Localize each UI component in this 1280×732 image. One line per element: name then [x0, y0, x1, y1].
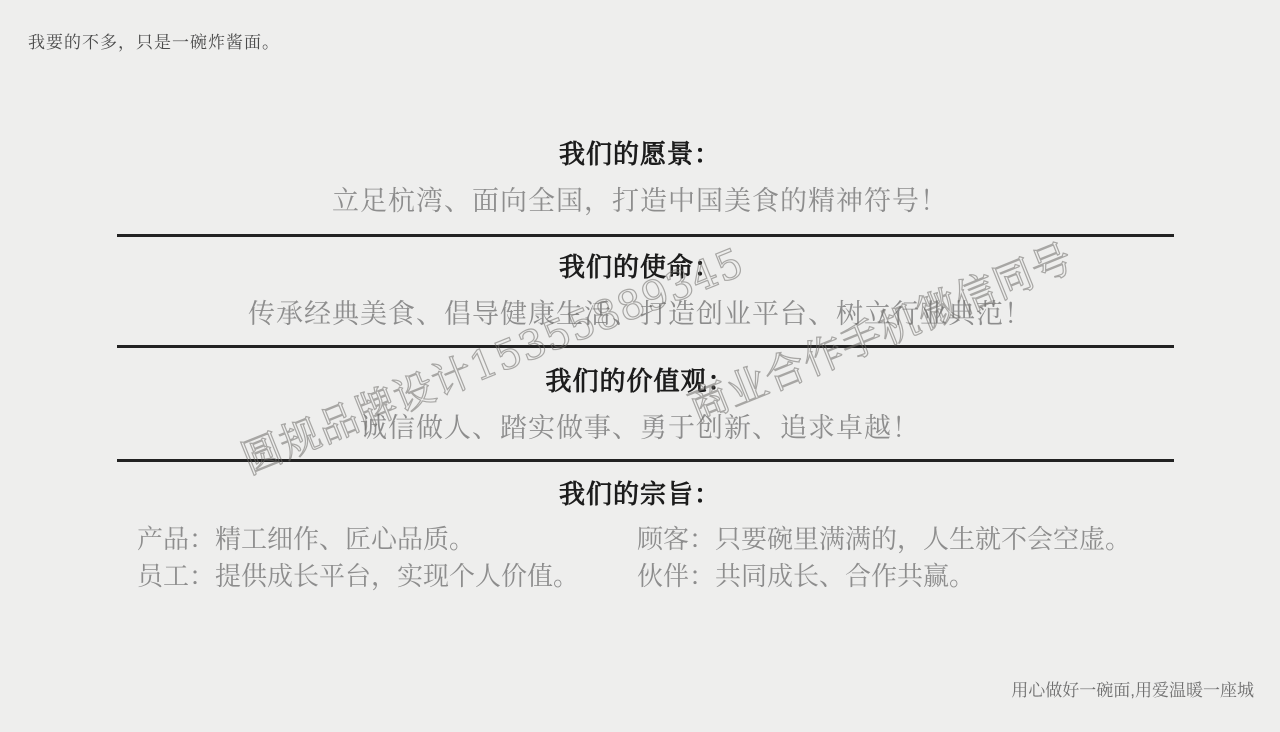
divider-3 [117, 459, 1174, 462]
purpose-item-customer: 顾客：只要碗里满满的，人生就不会空虚。 [637, 522, 1131, 556]
values-body: 诚信做人、踏实做事、勇于创新、追求卓越！ [0, 410, 1280, 446]
purpose-item-employee: 员工：提供成长平台，实现个人价值。 [137, 559, 579, 593]
values-title: 我们的价值观： [0, 364, 1280, 398]
divider-1 [117, 234, 1174, 237]
mission-title: 我们的使命： [0, 250, 1280, 284]
purpose-item-partner: 伙伴：共同成长、合作共赢。 [637, 559, 975, 593]
mission-body: 传承经典美食、倡导健康生活、打造创业平台、树立行业典范！ [0, 296, 1280, 332]
vision-body: 立足杭湾、面向全国，打造中国美食的精神符号！ [0, 183, 1280, 219]
divider-2 [117, 345, 1174, 348]
brand-culture-slide: 我要的不多，只是一碗炸酱面。 我们的愿景： 立足杭湾、面向全国，打造中国美食的精… [0, 0, 1280, 732]
vision-title: 我们的愿景： [0, 137, 1280, 171]
footer-slogan: 用心做好一碗面,用爱温暖一座城 [1011, 681, 1254, 701]
top-quote: 我要的不多，只是一碗炸酱面。 [28, 28, 280, 53]
purpose-item-product: 产品：精工细作、匠心品质。 [137, 522, 475, 556]
purpose-title: 我们的宗旨： [0, 477, 1280, 511]
